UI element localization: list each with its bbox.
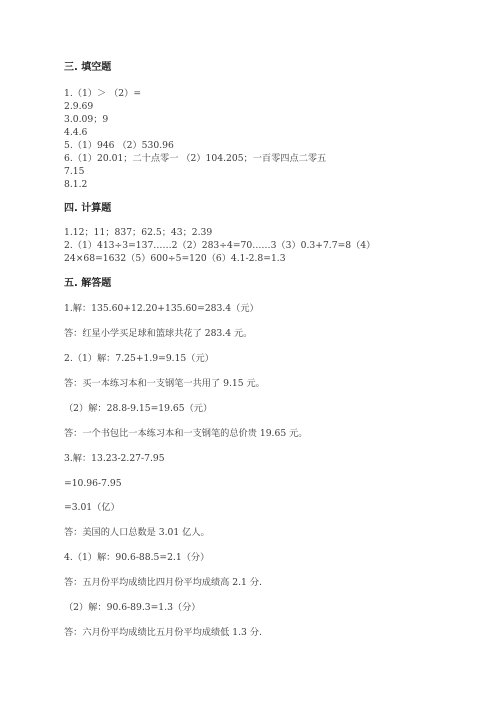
answer-line: 1.解：135.60+12.20+135.60=283.4（元）: [64, 302, 259, 315]
answer-line: 2.（1）413÷3=137……2（2）283÷4=70……3（3）0.3+7.…: [64, 239, 375, 252]
answer-line: =3.01（亿）: [64, 501, 120, 514]
answer-line: （2）解：90.6-89.3=1.3（分）: [64, 601, 200, 614]
answer-line: 答：五月份平均成绩比四月份平均成绩高 2.1 分.: [64, 576, 262, 589]
answer-line: （2）解：28.8-9.15=19.65（元）: [64, 402, 212, 415]
answer-line: 答：美国的人口总数是 3.01 亿人。: [64, 526, 210, 539]
answer-line: 6.（1）20.01；二十点零一 （2）104.205；一百零四点二零五: [64, 152, 326, 165]
answer-line: 答：一个书包比一本练习本和一支钢笔的总价贵 19.65 元。: [64, 427, 307, 440]
answer-line: 3.解：13.23-2.27-7.95: [64, 452, 165, 465]
answer-line: 答：买一本练习本和一支钢笔一共用了 9.15 元。: [64, 377, 265, 390]
answer-line: 2.9.69: [64, 100, 93, 113]
answer-line: 4.4.6: [64, 126, 87, 139]
answer-line: 1.（1）＞ （2）=: [64, 87, 141, 100]
answer-line: 5.（1）946 （2）530.96: [64, 139, 174, 152]
answer-line: 4.（1）解：90.6-88.5=2.1（分）: [64, 551, 209, 564]
answer-line: 7.15: [64, 165, 84, 178]
section-title-fill-blank: 三. 填空题: [64, 61, 111, 75]
section-title-word-problems: 五. 解答题: [64, 277, 111, 291]
document-page: 三. 填空题 1.（1）＞ （2）= 2.9.69 3.0.09；9 4.4.6…: [0, 0, 500, 707]
answer-line: 1.12；11；837；62.5；43；2.39: [64, 226, 212, 239]
answer-line: =10.96-7.95: [64, 477, 122, 490]
answer-line: 24×68=1632（5）600÷5=120（6）4.1-2.8=1.3: [64, 252, 286, 265]
answer-line: 答：红星小学买足球和篮球共花了 283.4 元。: [64, 327, 252, 340]
answer-line: 3.0.09；9: [64, 113, 108, 126]
answer-line: 答：六月份平均成绩比五月份平均成绩低 1.3 分.: [64, 626, 262, 639]
section-title-calculation: 四. 计算题: [64, 202, 111, 216]
answer-line: 8.1.2: [64, 178, 87, 191]
answer-line: 2.（1）解：7.25+1.9=9.15（元）: [64, 352, 214, 365]
